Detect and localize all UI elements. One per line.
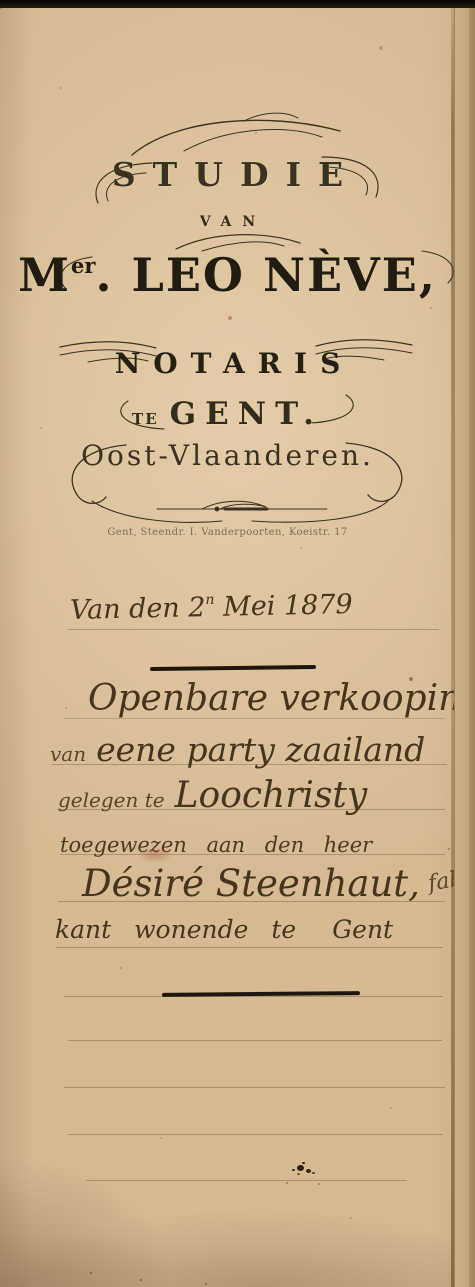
- letterhead-region: Oost-Vlaanderen.: [0, 439, 455, 472]
- scanned-notary-cover: STUDIE VAN Mer. LEO NÈVE, NOTARIS TEGENT…: [0, 0, 475, 1287]
- ruled-line: [86, 1180, 407, 1181]
- name-rest: . LEO NÈVE,: [95, 248, 436, 302]
- letterhead-notaris: NOTARIS: [0, 347, 455, 380]
- line-main: Openbare verkooping: [88, 678, 475, 719]
- ruled-line: [56, 947, 443, 948]
- date-pre: Van den 2: [70, 592, 206, 626]
- ruled-line: [68, 1134, 443, 1135]
- handwritten-line: Openbare verkooping: [88, 678, 475, 719]
- page-outer-edge: [469, 0, 475, 1287]
- ink-divider-top: [150, 665, 316, 671]
- name-initial: M: [18, 248, 71, 302]
- paper-sheet: STUDIE VAN Mer. LEO NÈVE, NOTARIS TEGENT…: [0, 7, 475, 1287]
- letterhead-te-gent: TEGENT.: [0, 396, 455, 432]
- date-post: Mei 1879: [214, 589, 353, 623]
- line-pre: kant wonende te: [55, 915, 296, 944]
- scan-dark-top-edge: [0, 0, 475, 8]
- handwritten-line: vaneene party zaailand: [50, 730, 425, 769]
- handwritten-line: Désiré Steenhaut,fabri-: [82, 862, 475, 905]
- ruled-line: [68, 1040, 442, 1041]
- letterhead-studie: STUDIE: [0, 155, 455, 194]
- ruled-line: [64, 996, 443, 997]
- letterhead-van: VAN: [0, 214, 455, 230]
- flourish-rule-dash-dot: [155, 503, 331, 515]
- line-main: Gent: [332, 915, 393, 944]
- ink-blot: [297, 1165, 304, 1171]
- handwritten-date: Van den 2n Mei 1879: [70, 589, 353, 626]
- line-pre: van: [50, 742, 86, 766]
- name-superscript: er: [71, 253, 95, 278]
- ruled-line: [64, 1087, 445, 1088]
- line-main: Désiré Steenhaut,: [82, 862, 420, 905]
- line-pre: gelegen te: [58, 788, 165, 812]
- printer-imprint: Gent, Steendr. I. Vanderpoorten, Koeistr…: [0, 527, 455, 538]
- gent-label: GENT.: [170, 396, 323, 432]
- te-label: TE: [132, 410, 159, 428]
- handwritten-line: gelegen teLoochristy: [58, 775, 367, 816]
- line-main: Loochristy: [175, 775, 368, 816]
- red-ink-smudge: [137, 846, 173, 863]
- line-main: eene party zaailand: [96, 730, 425, 769]
- date-superscript: n: [205, 592, 214, 608]
- line-pre: toegewezen aan den heer: [60, 833, 372, 857]
- page-edge-strip: [454, 0, 470, 1287]
- ruled-line: [68, 629, 439, 630]
- handwritten-line: toegewezen aan den heer: [60, 833, 372, 857]
- flourish-top: [126, 109, 350, 159]
- handwritten-line: kant wonende teGent: [55, 915, 393, 944]
- letterhead-notary-name: Mer. LEO NÈVE,: [0, 248, 455, 302]
